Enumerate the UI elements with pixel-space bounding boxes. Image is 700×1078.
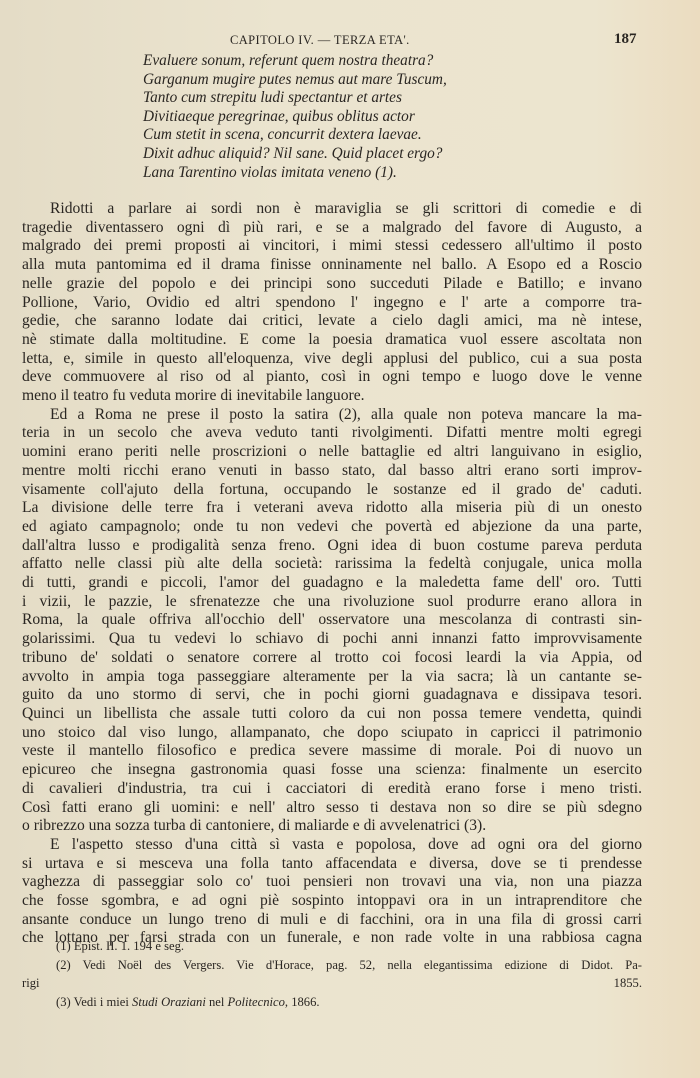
text-line: alla muta pantomima ed il drama finisse … [22,256,642,275]
verse-line: Cum stetit in scena, concurrit dextera l… [143,126,563,145]
verse-line: Garganum mugire putes nemus aut mare Tus… [143,71,563,90]
text-line: gedie, che saranno lodate dai critici, l… [22,312,642,331]
text-line: mentre molti ricchi erano venuti in bass… [22,462,642,481]
text-line: visamente coll'ajuto della fortuna, occu… [22,481,642,500]
footnote-marker: (2) [56,958,71,972]
paragraph-3: E l'aspetto stesso d'una città sì vasta … [22,836,642,948]
footnote-marker: (3) [56,995,71,1009]
latin-verse-quotation: Evaluere sonum, referunt quem nostra the… [143,52,563,182]
footnote-marker: (1) [56,939,71,953]
text-line: che fosse sgombra, e ad ogni piè sospint… [22,892,642,911]
text-line: veste il mantello filosofico e predica s… [22,742,642,761]
text-line: Pollione, Vario, Ovidio ed altri spendon… [22,294,642,313]
text-line: guito da uno stormo di servi, che in poc… [22,686,642,705]
footnote-1: (1) Epist. II. 1. 194 e seg. [22,937,642,956]
text-line: E l'aspetto stesso d'una città sì vasta … [22,836,642,855]
text-line: o ribrezzo una sozza turba di cantoniere… [22,817,642,836]
text-line: di tutti, grandi e piccoli, l'amor del g… [22,574,642,593]
text-line: nelle grazie del popolo e dei principi s… [22,275,642,294]
text-line: La divisione delle terre fra i veterani … [22,499,642,518]
text-line: ed agiato campagnolo; onde tu non vedevi… [22,518,642,537]
text-line: affatto nelle classi più alte della soci… [22,555,642,574]
footnote-text: Epist. II. 1. 194 e seg. [74,939,184,953]
text-line: meno il teatro fu veduta morire di inevi… [22,387,642,406]
footnote-text-line: rigi 1855. [22,974,642,993]
text-line: uno stoico dal viso lungo, allampanato, … [22,724,642,743]
text-line: Ed a Roma ne prese il posto la satira (2… [22,406,642,425]
text-line: letta, e, simile in questo all'eloquenza… [22,350,642,369]
text-line: ansante conduce un lungo treno di muli e… [22,911,642,930]
footnote-journal-italic: Politecnico [228,995,285,1009]
text-line: teria in un secolo che aveva veduto tant… [22,424,642,443]
text-line: golarissimi. Qua tu vedevi lo schiavo di… [22,630,642,649]
footnotes: (1) Epist. II. 1. 194 e seg. (2) Vedi No… [22,937,642,1011]
text-line: Quinci un libellista che assale tutti co… [22,705,642,724]
footnote-3: (3) Vedi i miei Studi Oraziani nel Polit… [22,993,642,1012]
text-line: tribuno de' soldati o senatore correre a… [22,649,642,668]
text-line: Così fatti erano gli uomini: e nell' alt… [22,799,642,818]
text-line: i vizii, le pazzie, le sfrenatezze che u… [22,593,642,612]
text-line: malgrado dei premi proposti ai vincitori… [22,237,642,256]
footnote-text: Vedi i miei [74,995,132,1009]
footnote-text: , 1866. [285,995,320,1009]
text-line: nè stimate dalla moltitudine. E come la … [22,331,642,350]
text-line: tragedie diventassero ogni dì più rari, … [22,219,642,238]
page-header: CAPITOLO IV. — TERZA ETA'. 187 [0,33,700,51]
text-line: avvolto in ampia toga passeggiare altera… [22,668,642,687]
running-head: CAPITOLO IV. — TERZA ETA'. [230,33,410,48]
footnote-2: (2) Vedi Noël des Vergers. Vie d'Horace,… [22,956,642,993]
text-line: Ridotti a parlare ai sordi non è maravig… [22,200,642,219]
verse-line: Tanto cum strepitu ludi spectantur et ar… [143,89,563,108]
verse-line: Lana Tarentino violas imitata veneno (1)… [143,164,563,183]
text-line: si urtava e si mesceva una folla tanto a… [22,855,642,874]
footnote-text-line: (2) Vedi Noël des Vergers. Vie d'Horace,… [22,956,642,975]
text-line: deve commuovere al riso od al pianto, co… [22,368,642,387]
footnote-text: Vedi Noël des Vergers. Vie d'Horace, pag… [83,958,642,972]
paragraph-1: Ridotti a parlare ai sordi non è maravig… [22,200,642,406]
page-number: 187 [614,31,637,48]
footnote-title-italic: Studi Oraziani [132,995,206,1009]
paragraph-2: Ed a Roma ne prese il posto la satira (2… [22,406,642,836]
footnote-text: nel [206,995,228,1009]
verse-line: Divitiaeque peregrinae, quibus oblitus a… [143,108,563,127]
text-line: Roma, la quale offriva all'occhio dell' … [22,611,642,630]
text-line: epicureo che insegna gastronomia quasi f… [22,761,642,780]
body-text: Ridotti a parlare ai sordi non è maravig… [22,200,642,948]
book-page: CAPITOLO IV. — TERZA ETA'. 187 Evaluere … [0,0,700,1078]
verse-line: Evaluere sonum, referunt quem nostra the… [143,52,563,71]
text-line: uomini erano periti nelle proscrizioni o… [22,443,642,462]
text-line: dall'altra lusso e prodigalità senza fre… [22,537,642,556]
text-line: vaghezza di passeggiar solo co' tuoi pen… [22,873,642,892]
text-line: di cavalieri d'industria, tra cui i cacc… [22,780,642,799]
verse-line: Dixit adhuc aliquid? Nil sane. Quid plac… [143,145,563,164]
